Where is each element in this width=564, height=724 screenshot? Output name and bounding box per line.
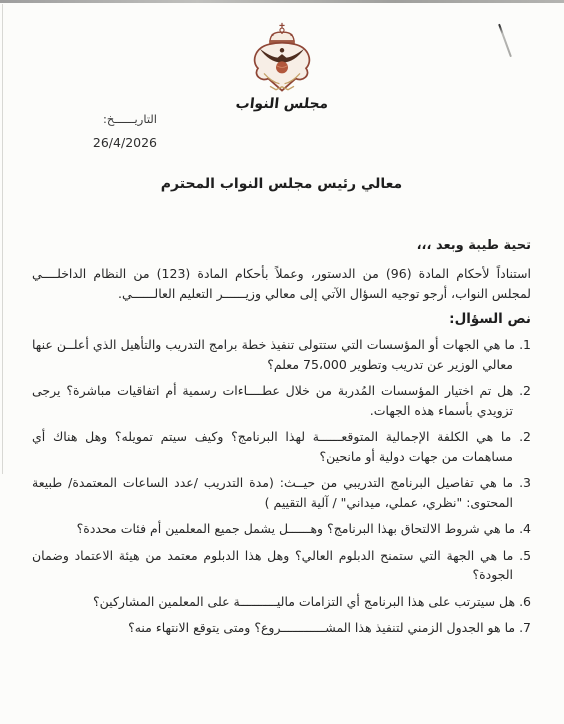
question-item: 4. ما هي شروط الالتحاق بهذا البرنامج؟ وه…	[32, 519, 531, 539]
question-number: 1.	[519, 337, 531, 352]
question-text: هل تم اختيار المؤسسات المُدربة من خلال ع…	[32, 383, 513, 418]
question-text: ما هو الجدول الزمني لتنفيذ هذا المشـــــ…	[128, 620, 515, 635]
question-number: 2.	[519, 429, 531, 444]
question-item: 5. ما هي الجهة التي ستمنح الدبلوم العالي…	[32, 546, 531, 585]
question-text: ما هي شروط الالتحاق بهذا البرنامج؟ وهـــ…	[77, 521, 515, 536]
jordan-coat-of-arms-icon	[239, 22, 325, 94]
question-text: ما هي الكلفة الإجمالية المتوقعــــــة له…	[32, 429, 513, 464]
question-number: 2.	[519, 383, 531, 398]
question-text: هل سيترتب على هذا البرنامج أي التزامات م…	[93, 594, 515, 609]
date-value: 26/4/2026	[37, 135, 157, 150]
questions-list: 1. ما هي الجهات أو المؤسسات التي ستتولى …	[32, 335, 531, 638]
question-item: 1. ما هي الجهات أو المؤسسات التي ستتولى …	[32, 335, 531, 374]
letter-intro-paragraph: استناداً لأحكام المادة (96) من الدستور، …	[32, 264, 531, 304]
question-item: 7. ما هو الجدول الزمني لتنفيذ هذا المشــ…	[32, 618, 531, 638]
question-item: 6. هل سيترتب على هذا البرنامج أي التزاما…	[32, 592, 531, 612]
question-item: 2. هل تم اختيار المؤسسات المُدربة من خلا…	[32, 381, 531, 420]
question-number: 7.	[519, 620, 531, 635]
question-text: ما هي الجهة التي ستمنح الدبلوم العالي؟ و…	[32, 548, 513, 583]
scan-edge-top	[0, 0, 564, 3]
question-text: ما هي تفاصيل البرنامج التدريبي من حيــث:…	[32, 475, 513, 510]
question-number: 6.	[519, 594, 531, 609]
scanned-letter-page: مجلس النواب التاريــــــخ: 26/4/2026 معا…	[0, 0, 564, 724]
question-number: 4.	[519, 521, 531, 536]
date-block: التاريــــــخ: 26/4/2026	[37, 112, 157, 150]
question-number: 5.	[519, 548, 531, 563]
question-item: 3. ما هي تفاصيل البرنامج التدريبي من حيـ…	[32, 473, 531, 512]
question-item: 2. ما هي الكلفة الإجمالية المتوقعــــــة…	[32, 427, 531, 466]
question-text: ما هي الجهات أو المؤسسات التي ستتولى تنف…	[32, 337, 515, 372]
letter-title: معالي رئيس مجلس النواب المحترم	[32, 176, 531, 192]
parliament-calligraphy: مجلس النواب	[0, 96, 564, 112]
letterhead: مجلس النواب	[0, 0, 564, 112]
letter-greeting: تحية طيبة وبعد ،،،	[32, 238, 531, 253]
question-section-heading: نص السؤال:	[32, 311, 531, 327]
question-number: 3.	[519, 475, 531, 490]
letter-body: معالي رئيس مجلس النواب المحترم تحية طيبة…	[0, 176, 564, 638]
date-label: التاريــــــخ:	[37, 112, 157, 126]
